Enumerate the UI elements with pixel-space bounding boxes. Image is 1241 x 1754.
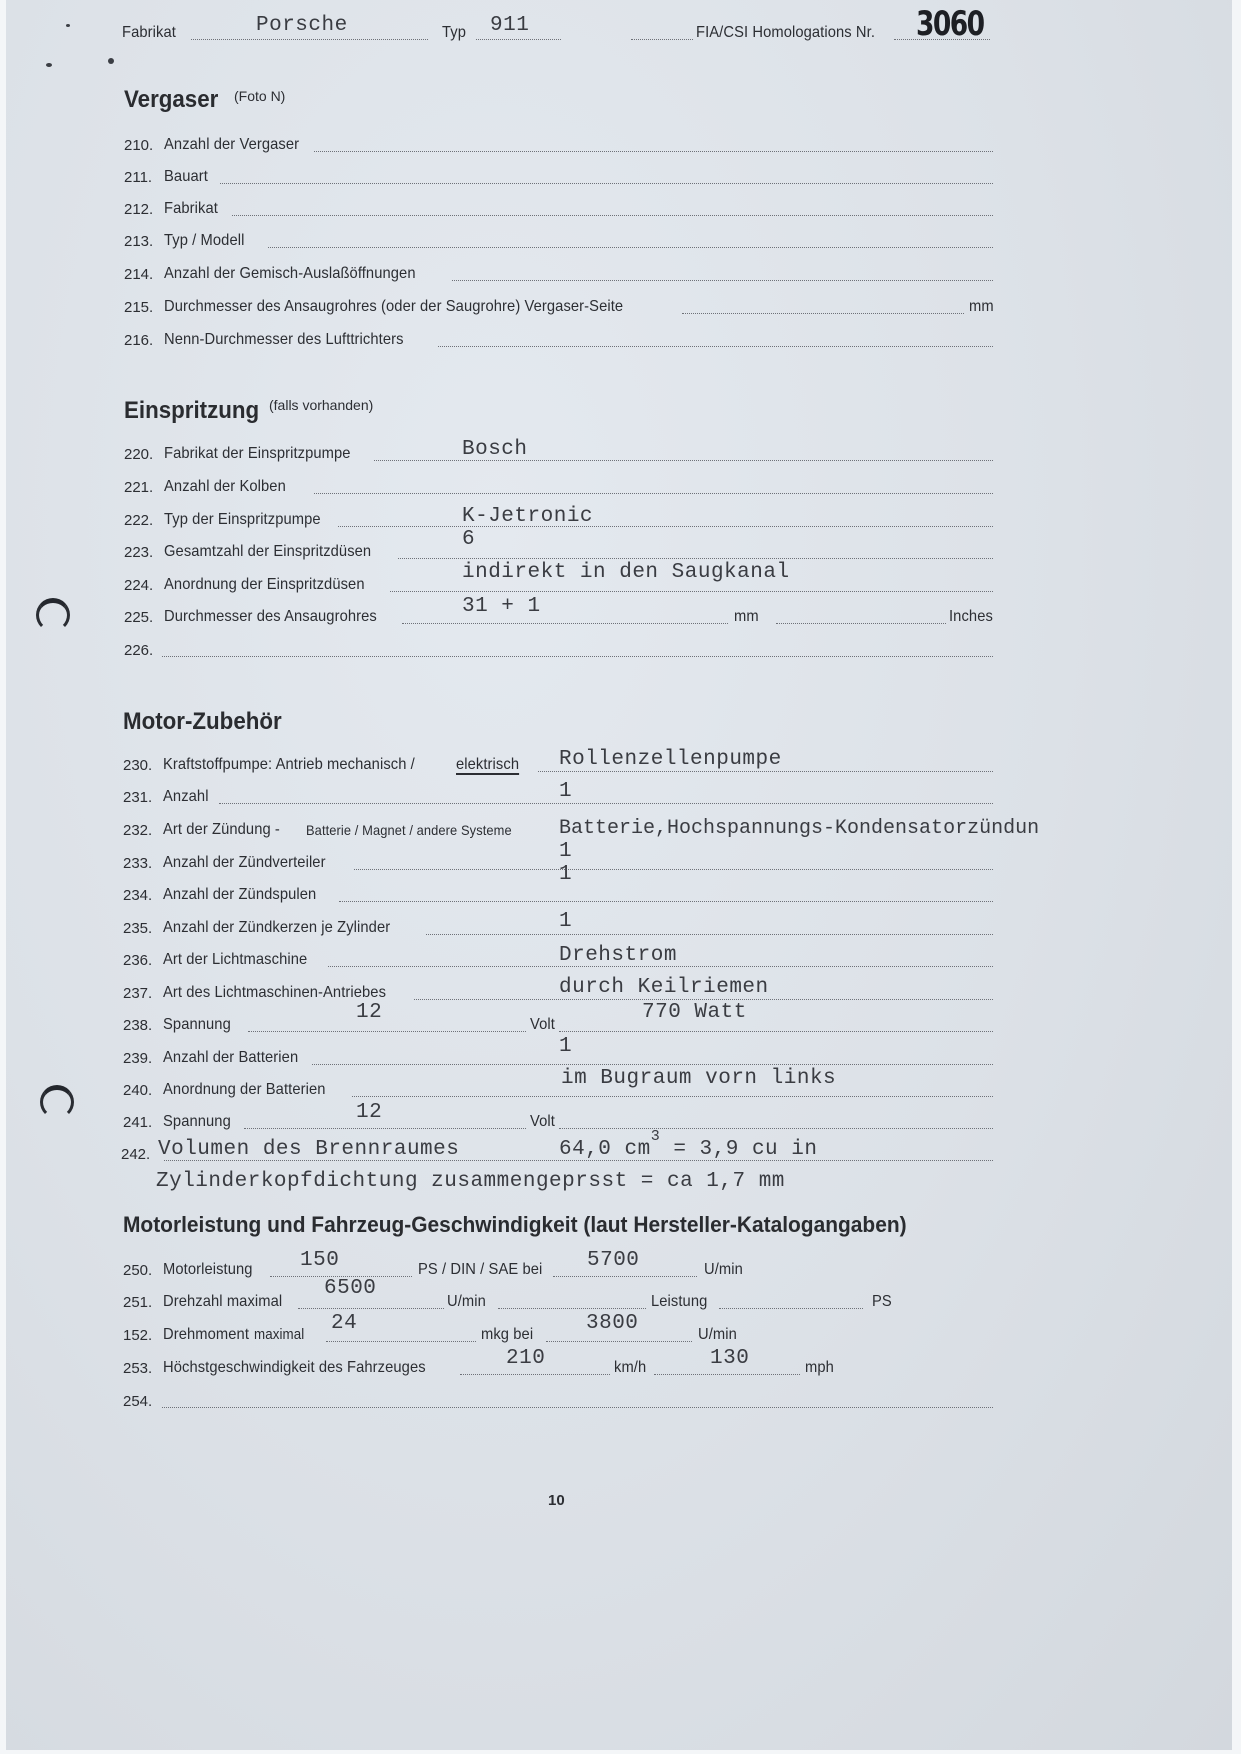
field-value[interactable]: 12 (356, 1001, 382, 1024)
input-line-251-mid[interactable] (498, 1307, 646, 1309)
input-line-222[interactable] (338, 525, 993, 527)
input-line-152-mkg[interactable] (326, 1340, 476, 1342)
item-label: Typ / Modell (164, 232, 244, 250)
item-number: 250. (123, 1262, 152, 1279)
item-label: Bauart (164, 168, 208, 186)
item-number: 242. (121, 1146, 150, 1163)
scan-speck (66, 24, 70, 27)
volume-value: 64,0 cm (559, 1138, 651, 1161)
item-label: Art der Zündung - (163, 821, 280, 839)
input-line-224[interactable] (390, 590, 993, 592)
field-value[interactable]: Drehstrom (559, 944, 677, 967)
field-value[interactable]: 31 + 1 (462, 595, 541, 618)
volume-cu-in: = 3,9 cu in (660, 1138, 817, 1161)
section-title-motor-zubehoer: Motor-Zubehör (123, 708, 282, 736)
section-subtitle-einspritzung: (falls vorhanden) (269, 397, 373, 413)
input-line-250-rpm[interactable] (553, 1275, 697, 1277)
selected-option-elektrisch: elektrisch (456, 756, 519, 774)
item-number: 230. (123, 757, 152, 774)
input-line-215[interactable] (682, 312, 964, 314)
item-label: Durchmesser des Ansaugrohres (164, 608, 377, 626)
item-label: Gesamtzahl der Einspritzdüsen (164, 543, 371, 561)
item-number: 226. (124, 642, 153, 659)
item-number: 225. (124, 609, 153, 626)
input-line-212[interactable] (232, 214, 993, 216)
field-value[interactable]: 3800 (586, 1312, 638, 1335)
item-label: Motorleistung (163, 1261, 253, 1279)
section-title-einspritzung: Einspritzung (124, 397, 259, 425)
unit-label: U/min (704, 1261, 743, 1279)
input-line-241-volt[interactable] (244, 1127, 526, 1129)
unit-label: km/h (614, 1359, 646, 1377)
field-value[interactable]: 1 (559, 863, 572, 886)
item-label: Art der Lichtmaschine (163, 951, 307, 969)
superscript-3: 3 (651, 1128, 661, 1145)
input-line-254[interactable] (162, 1406, 993, 1408)
input-line-253-mph[interactable] (654, 1373, 800, 1375)
input-line-226[interactable] (162, 655, 993, 657)
item-label: Spannung (163, 1016, 231, 1034)
field-value[interactable]: Rollenzellenpumpe (559, 748, 782, 771)
item-number: 152. (123, 1327, 152, 1344)
unit-label: PS / DIN / SAE bei (418, 1261, 542, 1279)
field-value[interactable]: 64,0 cm3 = 3,9 cu in (559, 1138, 817, 1161)
item-label: Drehzahl maximal (163, 1293, 282, 1311)
input-line-210[interactable] (314, 150, 993, 152)
input-line-251-rpm[interactable] (298, 1307, 444, 1309)
input-line-211[interactable] (220, 182, 993, 184)
field-value[interactable]: Bosch (462, 438, 528, 461)
punch-hole-icon (40, 1085, 74, 1119)
unit-label: mkg bei (481, 1326, 533, 1344)
item-number: 254. (123, 1393, 152, 1410)
scan-speck (46, 63, 52, 67)
typ-value[interactable]: 911 (490, 14, 529, 37)
page-number: 10 (548, 1492, 565, 1509)
item-number: 235. (123, 920, 152, 937)
unit-label: mm (969, 298, 994, 316)
unit-label: U/min (447, 1293, 486, 1311)
input-line-234[interactable] (339, 900, 993, 902)
item-label: Durchmesser des Ansaugrohres (oder der S… (164, 298, 623, 316)
field-value[interactable]: 1 (559, 1035, 572, 1058)
fabrikat-label: Fabrikat (122, 24, 176, 42)
item-number: 239. (123, 1050, 152, 1067)
input-line-253-kmh[interactable] (460, 1373, 610, 1375)
field-value[interactable]: 6 (462, 528, 475, 551)
section-title-motorleistung: Motorleistung und Fahrzeug-Geschwindigke… (123, 1212, 907, 1238)
unit-label: mm (734, 608, 759, 626)
input-line-221[interactable] (314, 492, 993, 494)
section-subtitle-vergaser: (Foto N) (234, 88, 285, 104)
dotted-line (631, 38, 693, 40)
item-label: Anzahl (163, 788, 209, 806)
item-number: 213. (124, 233, 153, 250)
item-label: Anzahl der Gemisch-Auslaßöffnungen (164, 265, 416, 283)
input-line-240[interactable] (352, 1095, 993, 1097)
item-label: Typ der Einspritzpumpe (164, 511, 321, 529)
item-number: 211. (124, 169, 152, 186)
field-value[interactable]: 5700 (587, 1249, 639, 1272)
item-number: 233. (123, 855, 152, 872)
input-line-235[interactable] (426, 933, 993, 935)
input-line-223[interactable] (398, 557, 993, 559)
field-value[interactable]: 24 (331, 1312, 357, 1335)
item-number: 214. (124, 266, 153, 283)
item-number: 222. (124, 512, 153, 529)
field-value[interactable]: indirekt in den Saugkanal (462, 561, 790, 584)
unit-label: mph (805, 1359, 834, 1377)
item-number: 253. (123, 1360, 152, 1377)
item-label-typed: Volumen des Brennraumes (158, 1138, 459, 1161)
field-value[interactable]: 130 (710, 1347, 749, 1370)
input-line-238-volt[interactable] (248, 1030, 526, 1032)
item-label: Nenn-Durchmesser des Lufttrichters (164, 331, 404, 349)
item-number: 234. (123, 887, 152, 904)
item-number: 220. (124, 446, 153, 463)
field-value[interactable]: 6500 (324, 1277, 376, 1300)
field-value[interactable]: im Bugraum vorn links (561, 1067, 836, 1090)
input-line-216[interactable] (438, 345, 993, 347)
unit-label: Leistung (651, 1293, 707, 1311)
punch-hole-icon (36, 598, 70, 632)
input-line-238-watt[interactable] (559, 1030, 993, 1032)
input-line-152-rpm[interactable] (546, 1340, 692, 1342)
field-value[interactable]: 150 (300, 1249, 339, 1272)
input-line-239[interactable] (312, 1063, 993, 1065)
item-label: Anordnung der Einspritzdüsen (164, 576, 365, 594)
item-number: 224. (124, 577, 153, 594)
input-line-225-inches[interactable] (776, 622, 946, 624)
unit-label: Volt (530, 1113, 555, 1131)
item-label: Fabrikat (164, 200, 218, 218)
field-value[interactable]: 1 (559, 910, 572, 933)
unit-label: PS (872, 1293, 892, 1311)
item-number: 223. (124, 544, 153, 561)
field-value[interactable]: 770 Watt (642, 1001, 747, 1024)
item-label: Anzahl der Batterien (163, 1049, 298, 1067)
section-title-vergaser: Vergaser (124, 86, 218, 114)
item-label: Anzahl der Zündkerzen je Zylinder (163, 919, 390, 937)
item-label-options: Batterie / Magnet / andere Systeme (306, 822, 512, 838)
item-number: 231. (123, 789, 152, 806)
typ-label: Typ (442, 24, 466, 42)
item-label: Höchstgeschwindigkeit des Fahrzeuges (163, 1359, 426, 1377)
scan-speck (108, 58, 114, 64)
item-label: Anzahl der Vergaser (164, 136, 299, 154)
item-number: 232. (123, 822, 152, 839)
field-value[interactable]: 210 (506, 1347, 545, 1370)
unit-label: Inches (949, 608, 993, 626)
field-value[interactable]: 1 (559, 780, 572, 803)
item-number: 238. (123, 1017, 152, 1034)
item-number: 241. (123, 1114, 152, 1131)
item-number: 216. (124, 332, 153, 349)
item-label: Drehmoment (163, 1326, 249, 1344)
unit-label: U/min (698, 1326, 737, 1344)
item-label: Kraftstoffpumpe: Antrieb mechanisch / (163, 756, 415, 774)
unit-label: Volt (530, 1016, 555, 1034)
item-label-small: maximal (254, 1327, 304, 1343)
homologation-number[interactable]: 3060 (916, 4, 984, 44)
field-value[interactable]: K-Jetronic (462, 505, 593, 528)
item-number: 215. (124, 299, 153, 316)
input-line-241-rest[interactable] (559, 1127, 993, 1129)
item-label: Anzahl der Zündverteiler (163, 854, 326, 872)
input-line-251-ps[interactable] (719, 1307, 863, 1309)
input-line-225-mm[interactable] (402, 622, 728, 624)
input-line-213[interactable] (268, 246, 993, 248)
field-value[interactable]: Batterie,Hochspannungs-Kondensatorzündun (559, 817, 1039, 840)
dotted-line (476, 38, 561, 40)
fabrikat-value[interactable]: Porsche (256, 14, 348, 37)
item-label: Anzahl der Zündspulen (163, 886, 316, 904)
item-label: Spannung (163, 1113, 231, 1131)
item-number: 221. (124, 479, 153, 496)
item-number: 210. (124, 137, 153, 154)
item-number: 237. (123, 985, 152, 1002)
item-number: 240. (123, 1082, 152, 1099)
item-number: 236. (123, 952, 152, 969)
field-value[interactable]: 1 (559, 840, 572, 863)
item-label: Anzahl der Kolben (164, 478, 286, 496)
field-value[interactable]: durch Keilriemen (559, 976, 769, 999)
gasket-note: Zylinderkopfdichtung zusammengeprsst = c… (156, 1170, 785, 1193)
input-line-231[interactable] (219, 802, 993, 804)
input-line-233[interactable] (354, 868, 993, 870)
homologation-label: FIA/CSI Homologations Nr. (696, 24, 875, 42)
input-line-214[interactable] (452, 279, 993, 281)
item-label: Art des Lichtmaschinen-Antriebes (163, 984, 386, 1002)
field-value[interactable]: 12 (356, 1101, 382, 1124)
document-page: Fabrikat Porsche Typ 911 FIA/CSI Homolog… (6, 0, 1232, 1750)
item-number: 251. (123, 1294, 152, 1311)
dotted-line (191, 38, 428, 40)
item-label: Fabrikat der Einspritzpumpe (164, 445, 351, 463)
item-label: Anordnung der Batterien (163, 1081, 326, 1099)
item-number: 212. (124, 201, 153, 218)
